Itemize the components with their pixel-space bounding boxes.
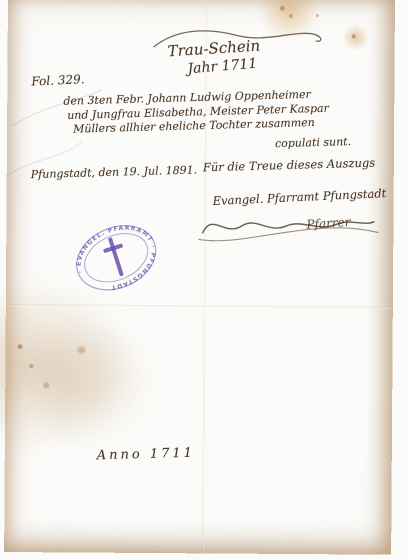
parish-stamp: · EVANGEL. PFARRAMT · PFUNGSTADT (52, 199, 180, 316)
shadow-wash-left-2 (35, 316, 156, 447)
parish-stamp-ring-text: · EVANGEL. PFARRAMT · PFUNGSTADT (65, 212, 167, 303)
folio-number: Fol. 329. (31, 72, 85, 88)
fox-spot-1 (18, 344, 23, 349)
fox-spot-2 (29, 364, 33, 368)
anno-line: Anno 1711 (97, 446, 196, 464)
shadow-wash-left (0, 281, 136, 452)
certification-line: Für die Treue dieses Auszugs (203, 156, 376, 175)
signature-scrawl (194, 203, 384, 246)
scanned-document: Trau-Schein Jahr 1711 Fol. 329. den 3ten… (0, 0, 408, 560)
stain-dot-4 (316, 14, 319, 17)
body-line-4: copulati sunt. (275, 135, 351, 150)
stain-dot-1 (280, 6, 285, 11)
horizontal-fold-crease (6, 304, 393, 309)
stain-dot-3 (352, 34, 356, 38)
svg-text:· EVANGEL. PFARRAMT · PFUNGSTA: · EVANGEL. PFARRAMT · PFUNGSTADT (65, 212, 167, 303)
office-line: Evangel. Pfarramt Pfungstadt (212, 186, 386, 208)
stain-top-right-large (256, 0, 322, 38)
signature: Pfarrer (306, 215, 351, 232)
stain-top-right-small (342, 24, 370, 50)
year-line: Jahr 1711 (187, 56, 258, 78)
stain-dot-2 (289, 14, 293, 18)
place-date-line: Pfungstadt, den 19. Jul. 1891. (31, 163, 198, 181)
fox-spot-4 (78, 346, 86, 353)
fox-spot-3 (43, 382, 49, 388)
cross-icon (100, 235, 131, 279)
document-page: Trau-Schein Jahr 1711 Fol. 329. den 3ten… (4, 0, 395, 555)
vertical-fold-crease (202, 0, 208, 553)
